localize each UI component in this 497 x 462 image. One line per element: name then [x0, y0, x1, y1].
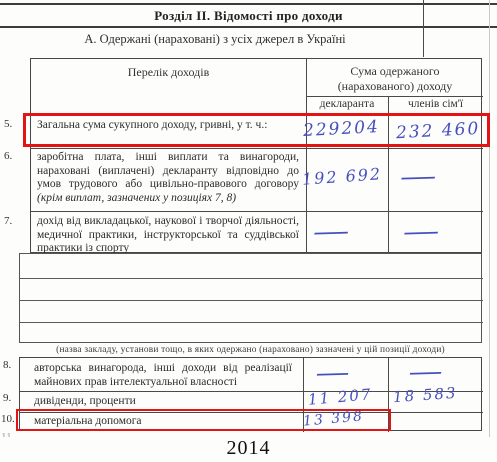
row6-bottom-line [31, 211, 483, 212]
highlight-box-row-10 [16, 409, 391, 431]
sum-group-divider [306, 96, 483, 97]
label-column-divider [306, 59, 307, 254]
row-6-note: (крім виплат, зазначених у позиціях 7, 8… [37, 192, 236, 204]
row-6-family-dash: — [412, 168, 429, 186]
row-8-family-dash: — [420, 365, 436, 381]
col-header-family: членів сім'ї [388, 98, 483, 110]
row-10-number: 10. [1, 413, 15, 425]
declaration-scan-page: Розділ II. Відомості про доходи А. Одерж… [0, 0, 497, 462]
row-5-number: 5. [4, 118, 12, 130]
blank-line-2 [20, 300, 483, 301]
section-subtitle: А. Одержані (нараховані) з усіх джерел в… [0, 32, 430, 47]
row-8-label: авторська винагорода, інші доходи від ре… [34, 362, 292, 389]
row-9-label: дивіденди, проценти [34, 395, 292, 409]
row-6-label-text: заробітна плата, інші виплати та винагор… [37, 151, 299, 190]
col-header-declarant: декларанта [306, 98, 388, 110]
row-6-label: заробітна плата, інші виплати та винагор… [37, 151, 299, 205]
row-9-number: 9. [3, 392, 11, 404]
row5-bottom-line [31, 148, 483, 149]
institution-caption: (назва закладу, установи тощо, в яких од… [19, 345, 482, 355]
row-8-declarant-dash: — [327, 366, 343, 382]
institution-lines-box [19, 253, 482, 343]
blank-line-1 [20, 278, 483, 279]
blank-line-3 [20, 322, 483, 323]
header-column-divider [423, 0, 424, 57]
row-6-number: 6. [4, 150, 12, 162]
col-header-sum-group: Сума одержаного (нарахованого) доходу [314, 64, 476, 94]
highlight-box-row-5 [23, 113, 490, 147]
row-7-number: 7. [4, 215, 12, 227]
row-7-declarant-dash: — [325, 223, 342, 241]
year-caption: 2014 [0, 437, 497, 460]
col-header-income-list: Перелік доходів [31, 65, 306, 80]
row-8-number: 8. [3, 359, 11, 371]
row-7-label: дохід від викладацької, наукової і творч… [37, 215, 299, 256]
row-7-family-dash: — [415, 223, 432, 241]
page-edge-line [489, 0, 490, 437]
